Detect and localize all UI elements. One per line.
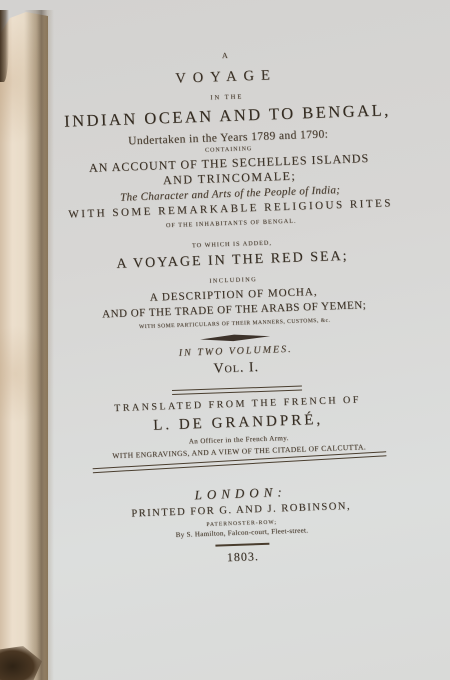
swelled-rule-ornament-shape — [200, 333, 270, 343]
book-photo: A VOYAGE IN THE INDIAN OCEAN AND TO BENG… — [0, 0, 450, 680]
imprint-year: 1803. — [48, 543, 438, 572]
title-page-text: A VOYAGE IN THE INDIAN OCEAN AND TO BENG… — [30, 39, 439, 612]
